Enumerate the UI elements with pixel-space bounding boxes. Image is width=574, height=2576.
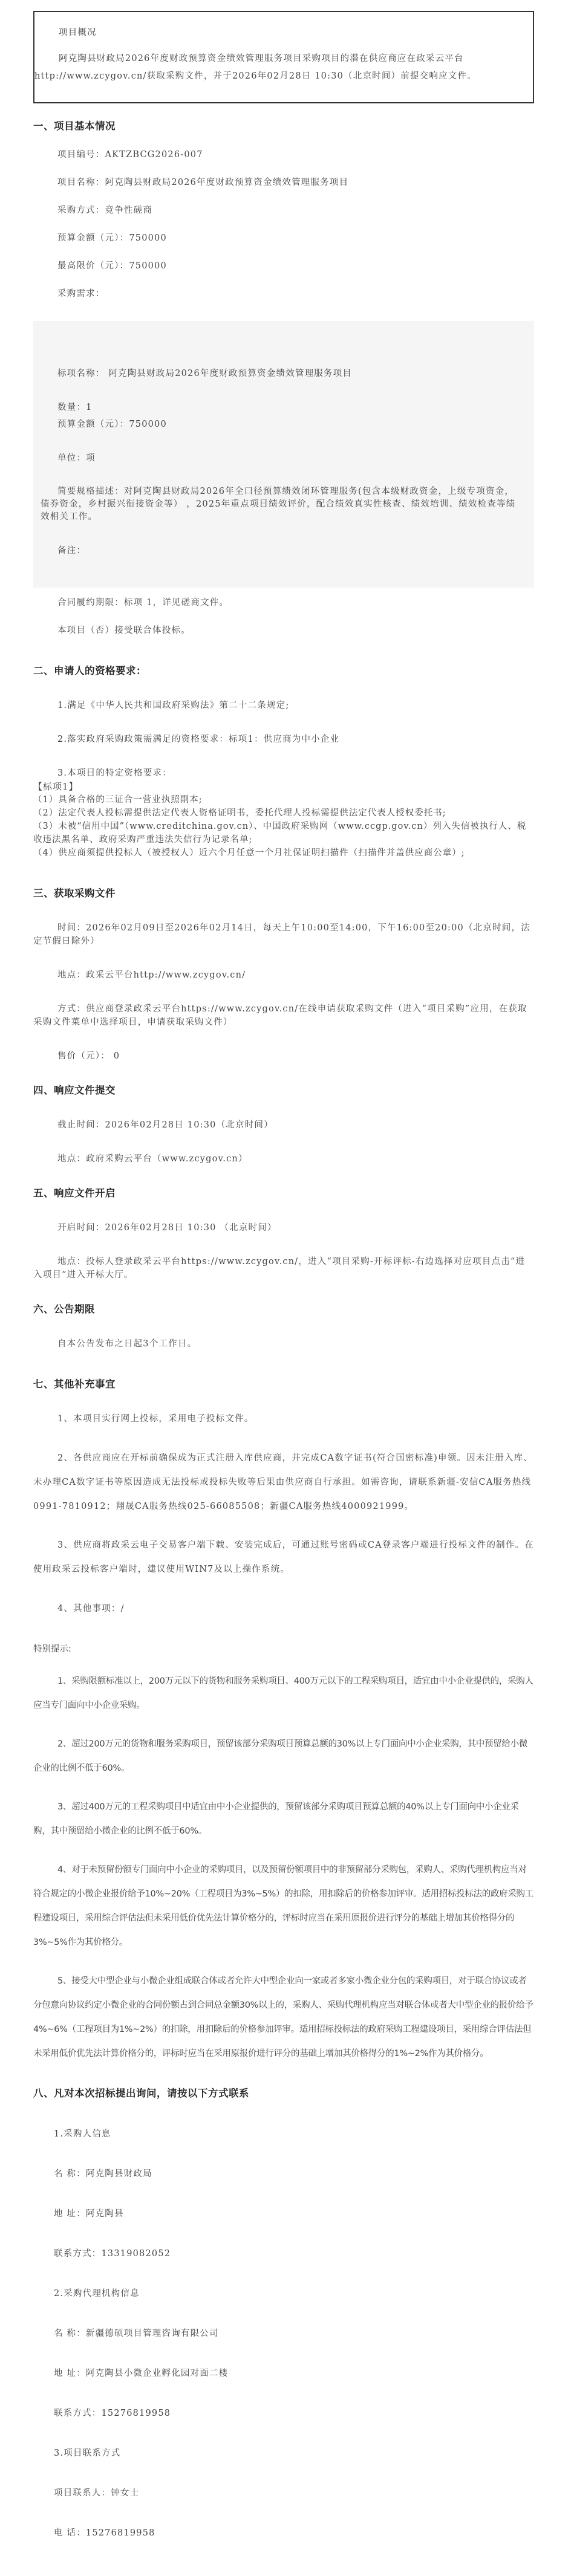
budget-amount: 预算金额（元）：750000	[33, 232, 534, 245]
overview-text: 阿克陶县财政局2026年度财政预算资金绩效管理服务项目采购项目的潜在供应商应在政…	[34, 50, 528, 85]
section-qualifications: 二、申请人的资格要求： 1.满足《中华人民共和国政府采购法》第二十二条规定; 2…	[33, 664, 534, 860]
overview-title: 项目概况	[34, 24, 528, 42]
agency-name: 名 称：新疆德硕项目管理咨询有限公司	[33, 2327, 534, 2340]
project-contact-phone: 电 话：15276819958	[33, 2526, 534, 2540]
obtain-method: 方式：供应商登录政采云平台https://www.zcygov.cn/在线申请获…	[33, 1002, 534, 1029]
specific-requirement: （4）供应商须提供投标人（被授权人）近六个月任意一个月社保证明扫描件（扫描件并盖…	[33, 846, 534, 860]
special-notice-item: 3、超过400万元的工程采购项目中适宜由中小企业提供的，预留该部分采购项目预算总…	[33, 1795, 534, 1843]
section-heading: 八、凡对本次招标提出询问，请按以下方式联系	[33, 2086, 534, 2101]
qualification-item: 1.满足《中华人民共和国政府采购法》第二十二条规定;	[33, 699, 534, 712]
procurement-announcement-page: 项目概况 阿克陶县财政局2026年度财政预算资金绩效管理服务项目采购项目的潜在供…	[0, 0, 574, 2576]
lot-name: 标项名称： 阿克陶县财政局2026年度财政预算资金绩效管理服务项目	[41, 367, 518, 380]
lot-spec: 简要规格描述：对阿克陶县财政局2026年全口径预算绩效闭环管理服务(包含本级财政…	[41, 485, 518, 524]
other-matter-item: 1、本项目实行网上投标，采用电子投标文件。	[33, 1412, 534, 1426]
purchaser-title: 1.采购人信息	[33, 2127, 534, 2141]
document-price: 售价（元）： 0	[33, 1050, 534, 1063]
section-other-matters: 七、其他补充事宜 1、本项目实行网上投标，采用电子投标文件。 2、各供应商应在开…	[33, 1377, 534, 2066]
project-contact-person: 项目联系人：钟女士	[33, 2487, 534, 2500]
specific-requirement: （1）具备合格的三证合一营业执照副本;	[33, 793, 534, 806]
agency-title: 2.采购代理机构信息	[33, 2287, 534, 2300]
notice-period-text: 自本公告发布之日起3个工作日。	[33, 1337, 534, 1351]
section-basic-info: 一、项目基本情况 项目编号：AKTZBCG2026-007 项目名称：阿克陶县财…	[33, 119, 534, 637]
qualification-item: 3.本项目的特定资格要求：	[33, 767, 534, 780]
consortium-note: 本项目（否）接受联合体投标。	[33, 624, 534, 637]
purchaser-name: 名 称：阿克陶县财政局	[33, 2167, 534, 2181]
qualification-item: 2.落实政府采购政策需满足的资格要求：标项1：供应商为中小企业	[33, 733, 534, 746]
purchaser-address: 地 址：阿克陶县	[33, 2207, 534, 2221]
lot-details-box: 标项名称： 阿克陶县财政局2026年度财政预算资金绩效管理服务项目 数量：1 预…	[33, 321, 534, 588]
lot-quantity: 数量：1	[41, 401, 518, 414]
purchaser-phone: 联系方式：13319082052	[33, 2247, 534, 2260]
project-name: 项目名称：阿克陶县财政局2026年度财政预算资金绩效管理服务项目	[33, 176, 534, 189]
announcement-content: 项目概况 阿克陶县财政局2026年度财政预算资金绩效管理服务项目采购项目的潜在供…	[33, 11, 534, 2540]
agency-phone: 联系方式：15276819958	[33, 2407, 534, 2420]
submission-deadline: 截止时间：2026年02月28日 10:30（北京时间）	[33, 1118, 534, 1132]
section-contact: 八、凡对本次招标提出询问，请按以下方式联系 1.采购人信息 名 称：阿克陶县财政…	[33, 2086, 534, 2540]
requirement-label: 采购需求：	[33, 287, 534, 300]
submission-place: 地点：政府采购云平台（www.zcygov.cn）	[33, 1152, 534, 1166]
opening-place: 地点：投标人登录政采云平台https://www.zcygov.cn/，进入“项…	[33, 1255, 534, 1282]
lot-budget: 预算金额（元）：750000	[41, 418, 518, 431]
other-matter-item: 3、供应商将政采云电子交易客户端下载、安装完成后，可通过账号密码或CA登录客户端…	[33, 1533, 534, 1582]
section-notice-period: 六、公告期限 自本公告发布之日起3个工作日。	[33, 1302, 534, 1351]
contract-period: 合同履约期限：标项 1，详见磋商文件。	[33, 596, 534, 609]
obtain-time: 时间：2026年02月09日至2026年02月14日，每天上午10:00至14:…	[33, 921, 534, 948]
section-obtain-documents: 三、获取采购文件 时间：2026年02月09日至2026年02月14日，每天上午…	[33, 886, 534, 1063]
project-contact-title: 3.项目联系方式	[33, 2447, 534, 2460]
section-heading: 二、申请人的资格要求：	[33, 664, 534, 678]
section-heading: 六、公告期限	[33, 1302, 534, 1317]
lot-remark: 备注：	[41, 544, 518, 557]
project-number: 项目编号：AKTZBCG2026-007	[33, 148, 534, 161]
agency-address: 地 址：阿克陶县小微企业孵化园对面二楼	[33, 2367, 534, 2380]
specific-requirement: （2）法定代表人投标需提供法定代表人资格证明书，委托代理人投标需提供法定代表人授…	[33, 806, 534, 820]
opening-time: 开启时间：2026年02月28日 10:30 （北京时间）	[33, 1221, 534, 1234]
project-overview-box: 项目概况 阿克陶县财政局2026年度财政预算资金绩效管理服务项目采购项目的潜在供…	[33, 11, 534, 103]
section-heading: 三、获取采购文件	[33, 886, 534, 901]
section-opening: 五、响应文件开启 开启时间：2026年02月28日 10:30 （北京时间） 地…	[33, 1186, 534, 1282]
special-notice-label: 特别提示:	[33, 1642, 534, 1655]
special-notice-item: 4、对于未预留份额专门面向中小企业的采购项目，以及预留份额项目中的非预留部分采购…	[33, 1858, 534, 1955]
section-heading: 一、项目基本情况	[33, 119, 534, 134]
section-submission: 四、响应文件提交 截止时间：2026年02月28日 10:30（北京时间） 地点…	[33, 1083, 534, 1166]
procurement-method: 采购方式：竞争性磋商	[33, 204, 534, 217]
special-notice-item: 5、接受大中型企业与小微企业组成联合体或者允许大中型企业向一家或者多家小微企业分…	[33, 1969, 534, 2066]
lot-label: 【标项1】	[33, 780, 534, 793]
obtain-place: 地点：政采云平台http://www.zcygov.cn/	[33, 968, 534, 982]
other-matter-item: 2、各供应商应在开标前确保成为正式注册入库供应商，并完成CA数字证书(符合国密标…	[33, 1446, 534, 1519]
special-notice-item: 1、采购限额标准以上，200万元以下的货物和服务采购项目、400万元以下的工程采…	[33, 1669, 534, 1718]
other-matter-item: 4、其他事项：/	[33, 1602, 534, 1615]
section-heading: 四、响应文件提交	[33, 1083, 534, 1098]
max-price: 最高限价（元）：750000	[33, 259, 534, 273]
special-notice-item: 2、超过200万元的货物和服务采购项目，预留该部分采购项目预算总额的30%以上专…	[33, 1732, 534, 1780]
section-heading: 七、其他补充事宜	[33, 1377, 534, 1392]
section-heading: 五、响应文件开启	[33, 1186, 534, 1201]
lot-unit: 单位：项	[41, 452, 518, 465]
specific-requirement: （3）未被“信用中国”（www.creditchina.gov.cn）、中国政府…	[33, 820, 534, 846]
